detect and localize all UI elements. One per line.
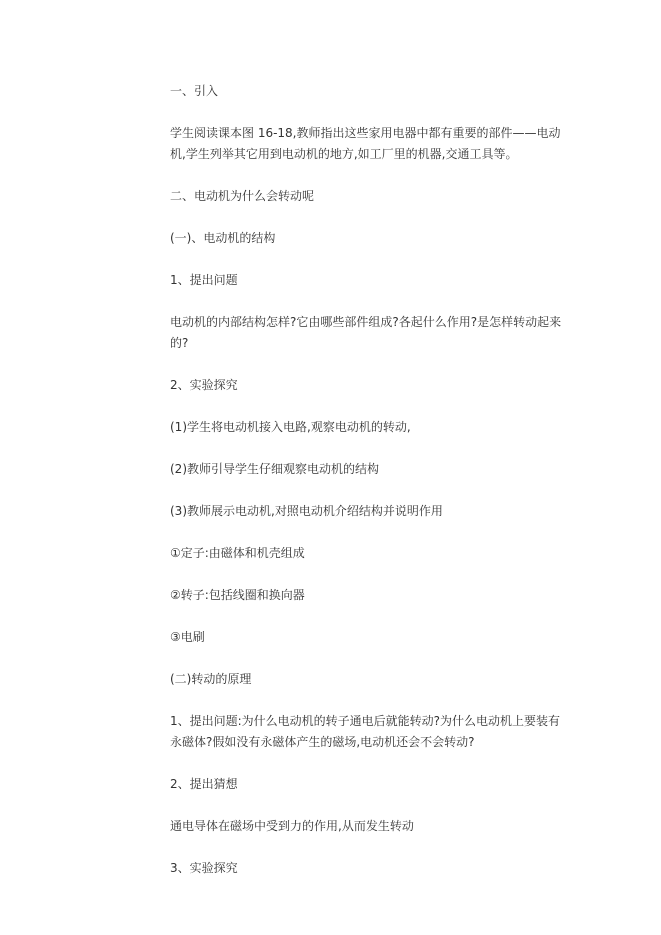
para-question-rotation: 1、提出问题:为什么电动机的转子通电后就能转动?为什么电动机上要装有永磁体?假如… — [170, 711, 570, 753]
para-step-3-show-motor: (3)教师展示电动机,对照电动机介绍结构并说明作用 — [170, 501, 570, 522]
document-page: 一、引入 学生阅读课本图 16-18,教师指出这些家用电器中都有重要的部件——电… — [0, 0, 661, 935]
item-experiment-explore-2: 3、实验探究 — [170, 858, 570, 879]
para-step-2-observe-structure: (2)教师引导学生仔细观察电动机的结构 — [170, 459, 570, 480]
item-propose-guess: 2、提出猜想 — [170, 774, 570, 795]
item-raise-question: 1、提出问题 — [170, 270, 570, 291]
item-experiment-explore: 2、实验探究 — [170, 375, 570, 396]
para-guess-content: 通电导体在磁场中受到力的作用,从而发生转动 — [170, 816, 570, 837]
para-question-structure: 电动机的内部结构怎样?它由哪些部件组成?各起什么作用?是怎样转动起来的? — [170, 312, 570, 354]
item-rotor: ②转子:包括线圈和换向器 — [170, 585, 570, 606]
heading-2-why-motor-rotates: 二、电动机为什么会转动呢 — [170, 186, 570, 207]
item-stator: ①定子:由磁体和机壳组成 — [170, 543, 570, 564]
subheading-rotation-principle: (二)转动的原理 — [170, 669, 570, 690]
item-brush: ③电刷 — [170, 627, 570, 648]
para-intro-reading: 学生阅读课本图 16-18,教师指出这些家用电器中都有重要的部件——电动机,学生… — [170, 123, 570, 165]
heading-1-intro: 一、引入 — [170, 81, 570, 102]
subheading-motor-structure: (一)、电动机的结构 — [170, 228, 570, 249]
document-text-column: 一、引入 学生阅读课本图 16-18,教师指出这些家用电器中都有重要的部件——电… — [170, 81, 570, 900]
para-step-1-connect-circuit: (1)学生将电动机接入电路,观察电动机的转动, — [170, 417, 570, 438]
